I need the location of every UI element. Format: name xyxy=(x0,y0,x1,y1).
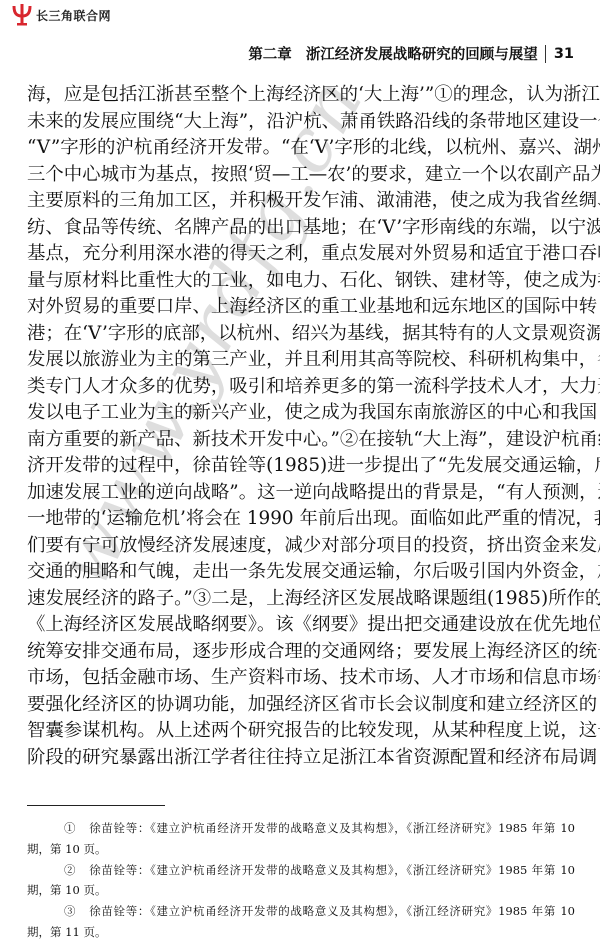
footnote-text: 徐苗铨等：《建立沪杭甬经济开发带的战略意义及其构想》，《浙江经济研究》1985 … xyxy=(89,821,575,835)
footnote-text: 徐苗铨等：《建立沪杭甬经济开发带的战略意义及其构想》，《浙江经济研究》1985 … xyxy=(89,863,575,877)
body-line: 速发展经济的路子。”③二是，上海经济区发展战略课题组(1985)所作的 xyxy=(27,588,575,615)
body-line: 对外贸易的重要口岸、上海经济区的重工业基地和远东地区的国际中转 xyxy=(27,296,575,323)
running-head: 第二章 浙江经济发展战略研究的回顾与展望 31 xyxy=(248,43,574,64)
footnote-2-cont: 期，第 10 页。 xyxy=(27,880,575,901)
footnote-3: ③ 徐苗铨等：《建立沪杭甬经济开发带的战略意义及其构想》，《浙江经济研究》198… xyxy=(27,901,575,922)
chapter-title: 浙江经济发展战略研究的回顾与展望 xyxy=(306,43,538,64)
page-number: 31 xyxy=(554,46,574,62)
footnote-3-cont: 期，第 11 页。 xyxy=(27,922,575,943)
footnote-marker: ② xyxy=(64,863,76,877)
body-line: 三个中心城市为基点，按照‘贸—工—农’的要求，建立一个以农副产品为 xyxy=(27,164,575,191)
body-line: “V”字形的沪杭甬经济开发带。“在‘V’字形的北线，以杭州、嘉兴、湖州 xyxy=(27,137,575,164)
body-line: 港；在‘V’字形的底部，以杭州、绍兴为基线，据其特有的人文景观资源， xyxy=(27,323,575,350)
body-line: 发展以旅游业为主的第三产业，并且利用其高等院校、科研机构集中，各 xyxy=(27,349,575,376)
chapter-label: 第二章 xyxy=(248,43,292,64)
body-line: 《上海经济区发展战略纲要》。该《纲要》提出把交通建设放在优先地位， xyxy=(27,614,575,641)
footnote-marker: ③ xyxy=(64,904,76,918)
body-line: 未来的发展应围绕“大上海”，沿沪杭、萧甬铁路沿线的条带地区建设一个 xyxy=(27,111,575,138)
footnote-marker: ① xyxy=(64,821,76,835)
body-line: 基点，充分利用深水港的得天之利，重点发展对外贸易和适宜于港口吞吐 xyxy=(27,243,575,270)
header-divider xyxy=(545,45,546,63)
body-line: 海，应是包括江浙甚至整个上海经济区的‘大上海’”①的理念，认为浙江 xyxy=(27,84,575,111)
body-line: 类专门人才众多的优势，吸引和培养更多的第一流科学技术人才，大力开 xyxy=(27,376,575,403)
body-line: 交通的胆略和气魄，走出一条先发展交通运输，尔后吸引国内外资金，加 xyxy=(27,561,575,588)
site-logo: 长三角联合网 xyxy=(12,3,111,27)
footnote-1-cont: 期，第 10 页。 xyxy=(27,839,575,860)
body-line: 主要原料的三角加工区，并积极开发乍浦、澉浦港，使之成为我省丝绸、轻 xyxy=(27,190,575,217)
footnote-1: ① 徐苗铨等：《建立沪杭甬经济开发带的战略意义及其构想》，《浙江经济研究》198… xyxy=(27,818,575,839)
body-line: 市场，包括金融市场、生产资料市场、技术市场、人才市场和信息市场等； xyxy=(27,667,575,694)
body-line: 一地带的‘运输危机’将会在 1990 年前后出现。面临如此严重的情况，我 xyxy=(27,508,575,535)
body-line: 要强化经济区的协调功能，加强经济区省市长会议制度和建立经济区的 xyxy=(27,694,575,721)
footnotes: ① 徐苗铨等：《建立沪杭甬经济开发带的战略意义及其构想》，《浙江经济研究》198… xyxy=(27,818,575,943)
body-line: 加速发展工业的逆向战略”。这一逆向战略提出的背景是，“有人预测，这 xyxy=(27,482,575,509)
body-line: 们要有宁可放慢经济发展速度，减少对部分项目的投资，挤出资金来发展 xyxy=(27,535,575,562)
body-line: 发以电子工业为主的新兴产业，使之成为我国东南旅游区的中心和我国 xyxy=(27,402,575,429)
footnote-2: ② 徐苗铨等：《建立沪杭甬经济开发带的战略意义及其构想》，《浙江经济研究》198… xyxy=(27,860,575,881)
footnote-divider xyxy=(27,805,165,806)
body-line: 量与原材料比重性大的工业，如电力、石化、钢铁、建材等，使之成为我国 xyxy=(27,270,575,297)
body-text: 海，应是包括江浙甚至整个上海经济区的‘大上海’”①的理念，认为浙江 未来的发展应… xyxy=(27,84,575,773)
body-line: 智囊参谋机构。从上述两个研究报告的比较发现，从某种程度上说，这一 xyxy=(27,720,575,747)
body-line: 统筹安排交通布局，逐步形成合理的交通网络；要发展上海经济区的统一 xyxy=(27,641,575,668)
footnote-text: 徐苗铨等：《建立沪杭甬经济开发带的战略意义及其构想》，《浙江经济研究》1985 … xyxy=(89,904,575,918)
body-line: 纺、食品等传统、名牌产品的出口基地；在‘V’字形南线的东端，以宁波为 xyxy=(27,217,575,244)
body-line: 阶段的研究暴露出浙江学者往往持立足浙江本省资源配置和经济布局调 xyxy=(27,747,575,774)
psi-logo-icon xyxy=(12,3,32,27)
body-line: 南方重要的新产品、新技术开发中心。”②在接轨“大上海”，建设沪杭甬经 xyxy=(27,429,575,456)
site-name: 长三角联合网 xyxy=(36,7,111,24)
body-line: 济开发带的过程中，徐苗铨等(1985)进一步提出了“先发展交通运输，后 xyxy=(27,455,575,482)
